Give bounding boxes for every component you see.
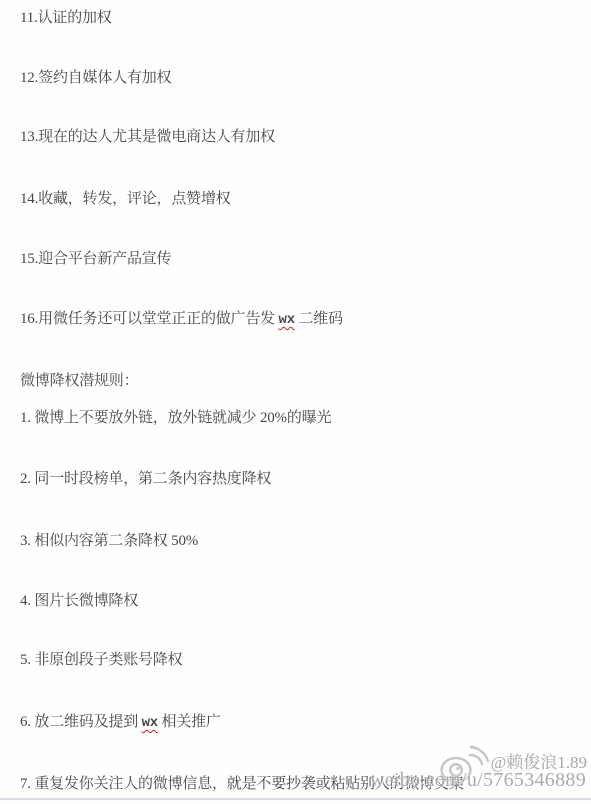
list-item-11: 11.认证的加权 <box>20 8 112 28</box>
spellcheck-wx-1: wx <box>279 312 295 328</box>
rule-item-2: 2. 同一时段榜单，第二条内容热度降权 <box>20 469 271 489</box>
rule-item-5: 5. 非原创段子类账号降权 <box>20 650 182 670</box>
bottom-divider <box>0 798 591 800</box>
watermark-url: weibo.com/u/5765346889 <box>370 768 586 792</box>
rule-item-6-tail: 相关推广 <box>158 714 221 730</box>
section-heading: 微博降权潜规则： <box>20 371 138 391</box>
list-item-16-text: 16.用微任务还可以堂堂正正的做广告发 <box>20 311 279 327</box>
rule-item-3: 3. 相似内容第二条降权 50% <box>20 531 198 551</box>
list-item-14: 14.收藏，转发，评论，点赞增权 <box>20 189 231 209</box>
rule-item-6: 6. 放二维码及提到 wx 相关推广 <box>20 712 221 733</box>
list-item-15: 15.迎合平台新产品宣传 <box>20 249 171 269</box>
list-item-12: 12.签约自媒体人有加权 <box>20 68 171 88</box>
list-item-13: 13.现在的达人尤其是微电商达人有加权 <box>20 127 275 147</box>
document-page: 11.认证的加权 12.签约自媒体人有加权 13.现在的达人尤其是微电商达人有加… <box>0 0 591 804</box>
rule-item-1: 1. 微博上不要放外链，放外链就减少 20%的曝光 <box>20 408 331 428</box>
spellcheck-wx-2: wx <box>142 715 158 731</box>
rule-item-4: 4. 图片长微博降权 <box>20 591 138 611</box>
list-item-16-tail: 二维码 <box>295 311 343 327</box>
rule-item-6-text: 6. 放二维码及提到 <box>20 714 142 730</box>
list-item-16: 16.用微任务还可以堂堂正正的做广告发 wx 二维码 <box>20 309 343 330</box>
